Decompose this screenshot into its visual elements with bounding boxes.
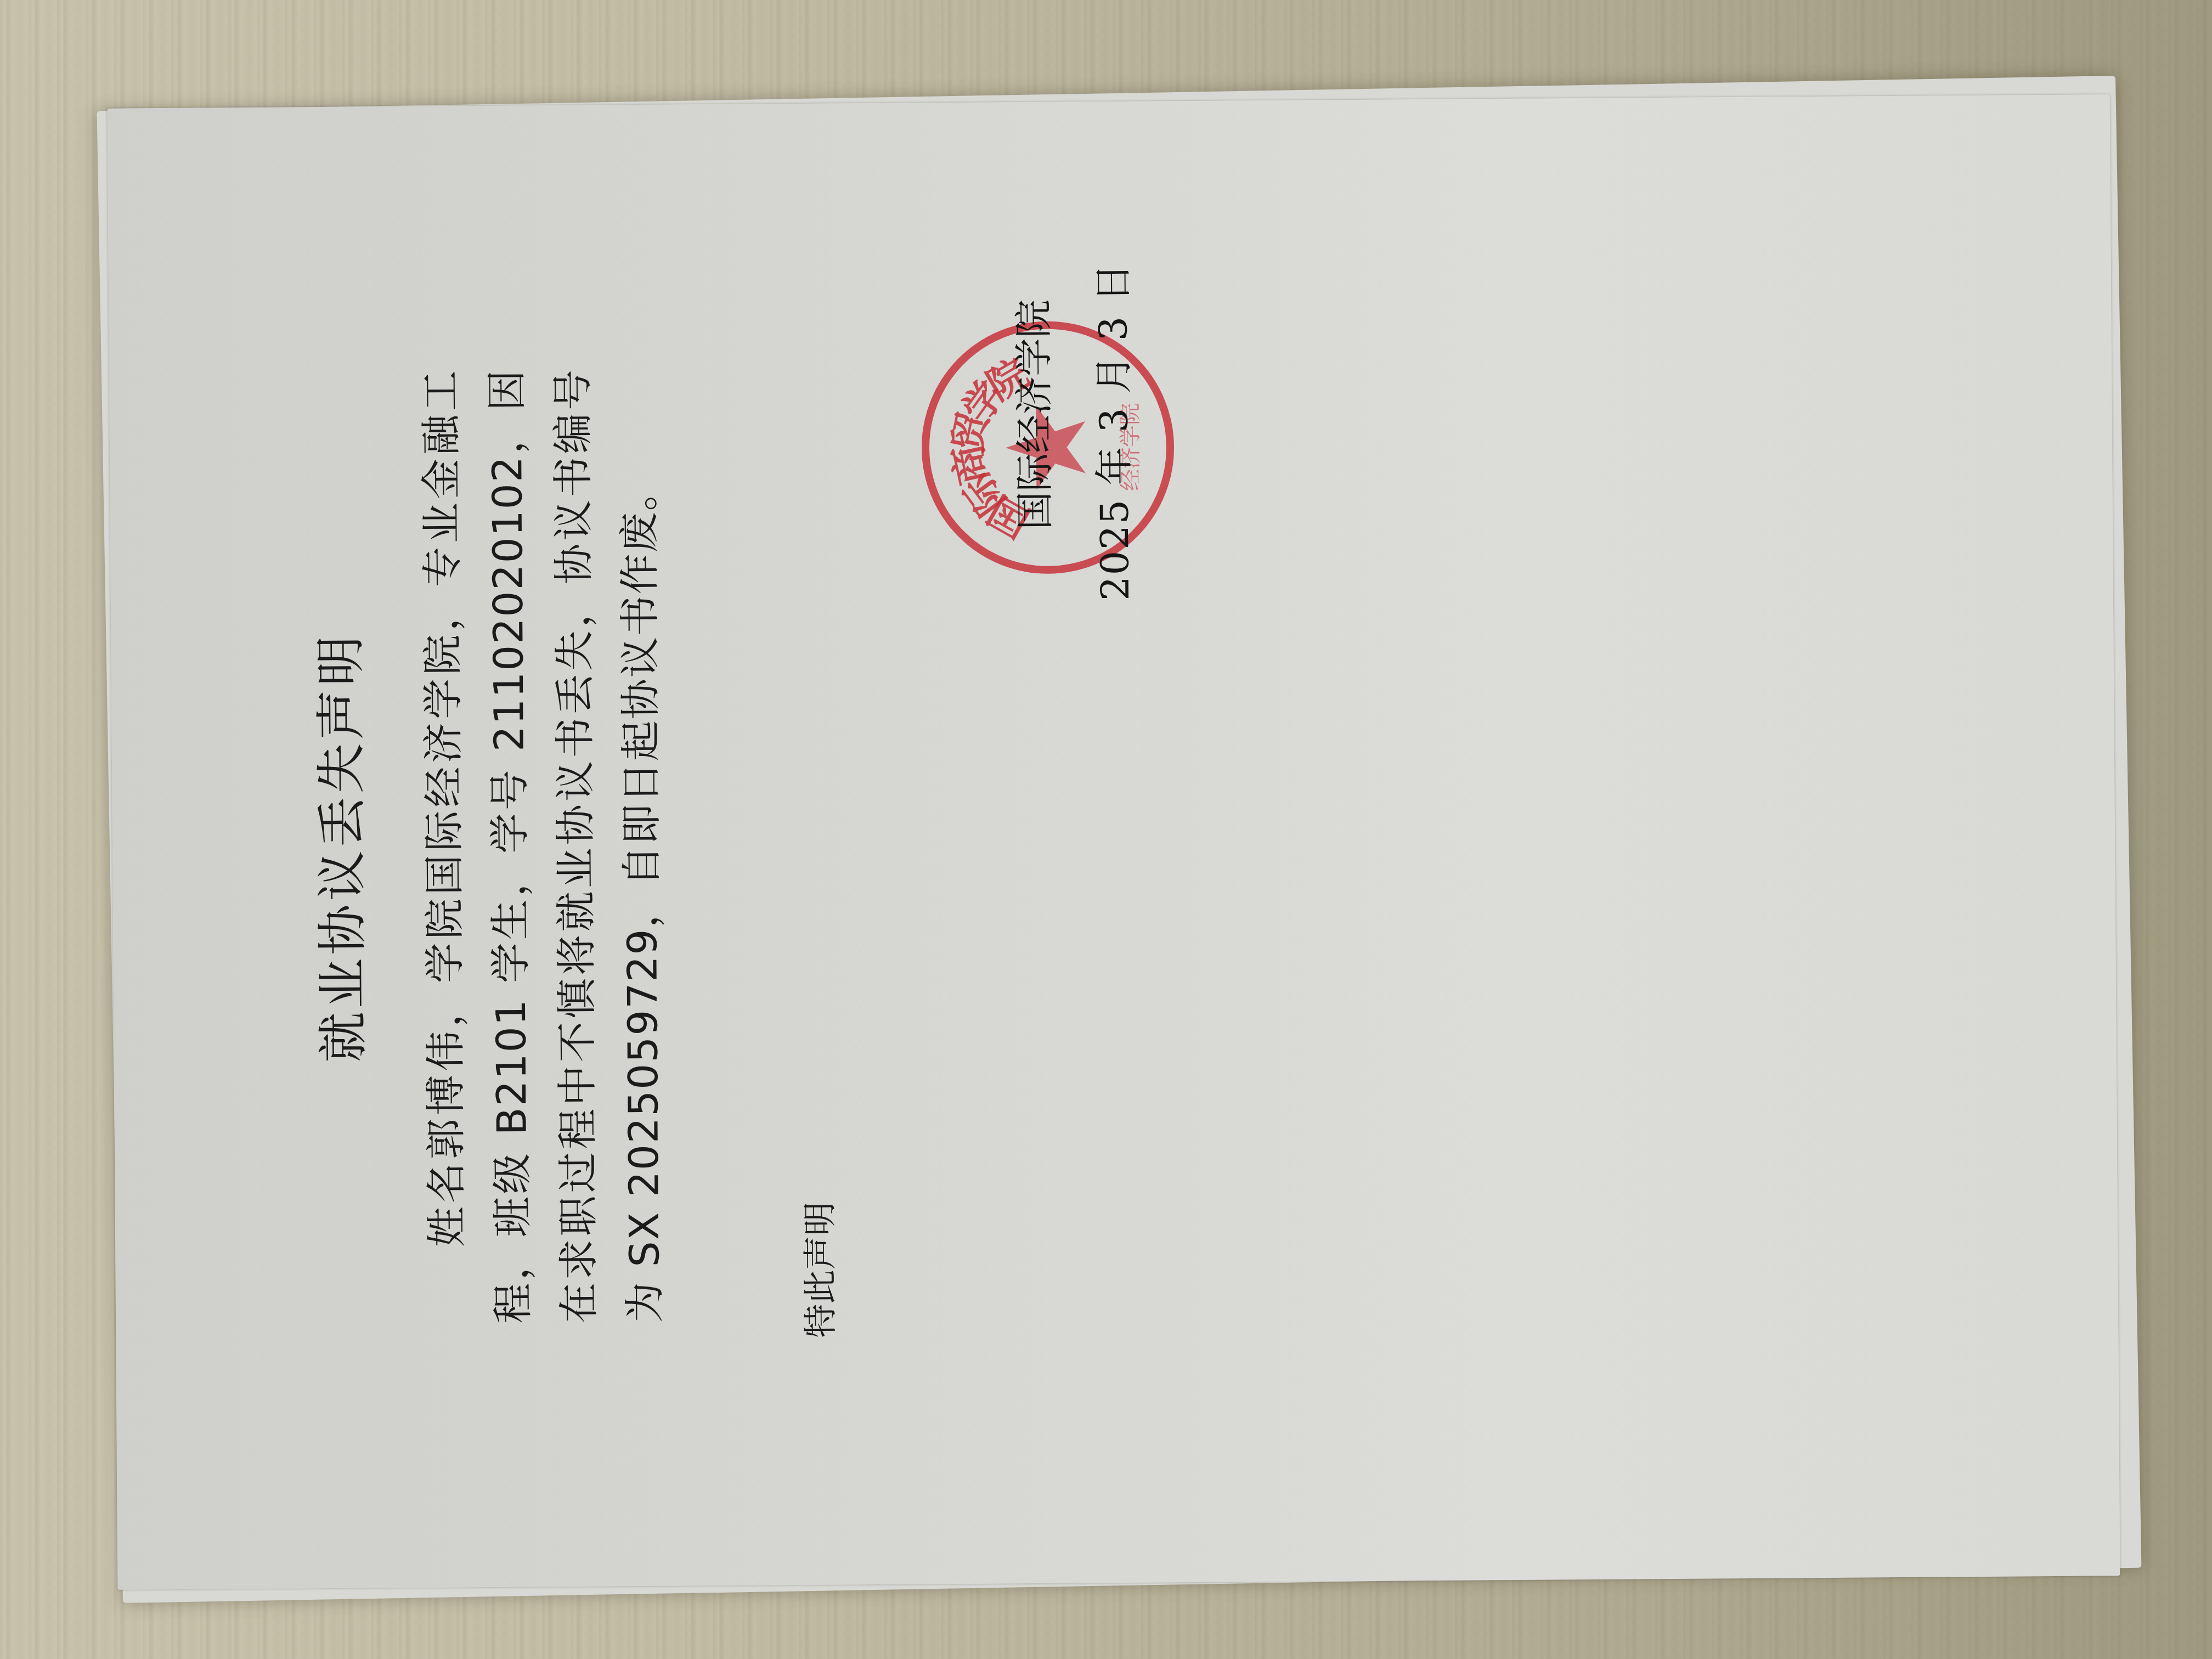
closing-statement: 特此声明 <box>793 1201 843 1338</box>
signatory-college: 国际经济学院 <box>1003 300 1060 531</box>
document-page: 就业协议丢失声明 姓名郭博伟，学院国际经济学院，专业金融工程，班级 B2101 … <box>108 94 2120 1589</box>
declaration-body: 姓名郭博伟，学院国际经济学院，专业金融工程，班级 B2101 学生，学号 211… <box>408 368 678 1324</box>
declaration-date: 2025 年 3 月 3 日 <box>1082 262 1140 601</box>
document-title: 就业协议丢失声明 <box>297 106 380 1588</box>
